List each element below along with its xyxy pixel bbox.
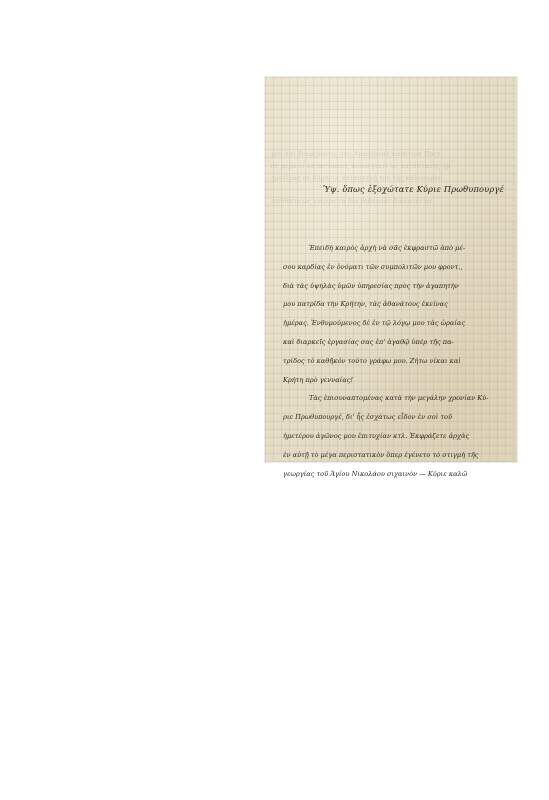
letter-salutation: Ὑψ. ὅπως ἐξοχώτατε Κύριε Πρωθυπουργέ [323,184,509,194]
letter-line: Ἐπειδὴ καιρὸς ἀρχὴ νὰ σᾶς ἐκφραστῶ ἀπὸ μ… [283,239,509,258]
letter-line: γεωργίας τοῦ Ἀγίου Νικολάου σιχαινὸν — Κ… [283,465,509,484]
letter-line: σου καρδίας ἐν ὀνόματι τῶν συμπολιτῶν μο… [283,258,509,277]
letter-line: καὶ διαρκεῖς ἐργασίας σας ἐπ' ἀγαθῷ ὑπὲρ… [283,333,509,352]
letter-line: ἡμέρας. Ἐνθυμούμενος δὲ ἐν τῷ λόγῳ μου τ… [283,314,509,333]
letter-line: διὰ τὰς ὑψηλὰς ὑμῶν ὑπηρεσίας πρὸς τὴν ἀ… [283,277,509,296]
bleed-through-text: σε μέγα οι καταστάσεις κοινό γιατί ως κα… [271,163,511,170]
letter-line: τρίδος τὸ καθῆκόν τούτο γράφω μου. Ζήτω … [283,352,509,371]
letter-line: μου πατρίδα τὴν Κρήτην, τὰς ἀθανάτους ἐκ… [283,295,509,314]
letter-line: ἡμετέρου ἀγῶνος μου ἐπιτυχίαν κτλ. Ἐκφρά… [283,427,509,446]
bleed-through-text: υπόθεσιν ως ενεργα τα δια βεβαιωμε διαλυ… [271,198,511,205]
letter-line: ἐν αὐτῇ τὸ μέγα περιστατικὸν ὅπερ ἐγένετ… [283,446,509,465]
letter-line: Κρήτη πρὸ γενναίας! [283,371,509,390]
bleed-through-text: γρα και διαφέροντες τον Αγαθόπουλ καπέτι… [271,151,511,158]
letter-page: γρα και διαφέροντες τον Αγαθόπουλ καπέτι… [265,77,517,462]
letter-line: ριε Πρωθυπουργέ, δι' ἧς ἐσχάτως εἶδον ἐν… [283,408,509,427]
letter-line: Τὰς ἐπισυναπτομένας κατὰ τὴν μεγάλην χρο… [283,389,509,408]
bleed-through-text: ημετέρας σε δημόσια κατασκευή του της κα… [271,175,511,182]
letter-body: Ἐπειδὴ καιρὸς ἀρχὴ νὰ σᾶς ἐκφραστῶ ἀπὸ μ… [283,239,509,483]
